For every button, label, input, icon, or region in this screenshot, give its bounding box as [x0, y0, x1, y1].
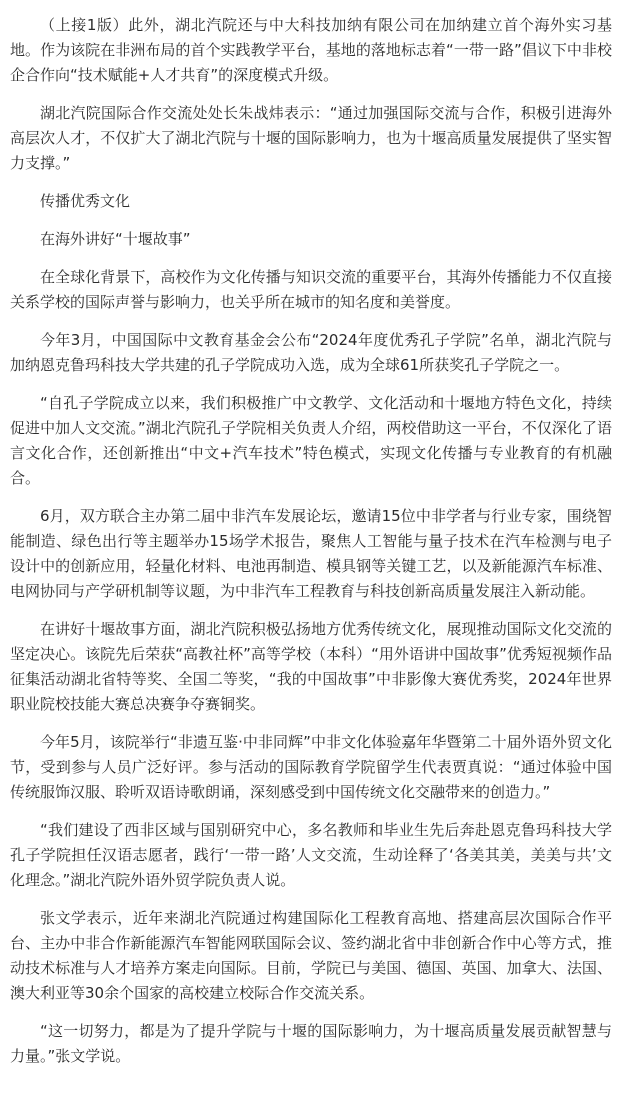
section-subheading-shiyan-story: 在海外讲好“十堰故事”	[10, 227, 612, 252]
article-body: （上接1版）此外，湖北汽院还与中大科技加纳有限公司在加纳建立首个海外实习基地。作…	[0, 0, 621, 1069]
paragraph-zhang-wenxue-statement: 张文学表示，近年来湖北汽院通过构建国际化工程教育高地、搭建高层次国际合作平台、主…	[10, 906, 612, 1006]
paragraph-quote-zhu-zhanwei: 湖北汽院国际合作交流处处长朱战炜表示：“通过加强国际交流与合作，积极引进海外高层…	[10, 101, 612, 176]
paragraph-confucius-institute-award: 今年3月，中国国际中文教育基金会公布“2024年度优秀孔子学院”名单，湖北汽院与…	[10, 328, 612, 378]
paragraph-storytelling-awards: 在讲好十堰故事方面，湖北汽院积极弘扬地方优秀传统文化，展现推动国际文化交流的坚定…	[10, 617, 612, 717]
paragraph-intro-internship-base: （上接1版）此外，湖北汽院还与中大科技加纳有限公司在加纳建立首个海外实习基地。作…	[10, 13, 612, 88]
paragraph-culture-festival: 今年5月，该院举行“非遗互鉴·中非同辉”中非文化体验嘉年华暨第二十届外语外贸文化…	[10, 730, 612, 805]
paragraph-automotive-forum: 6月，双方联合主办第二届中非汽车发展论坛，邀请15位中非学者与行业专家，围绕智能…	[10, 504, 612, 604]
paragraph-confucius-institute-quote: “自孔子学院成立以来，我们积极推广中文教学、文化活动和十堰地方特色文化，持续促进…	[10, 391, 612, 491]
paragraph-globalization-context: 在全球化背景下，高校作为文化传播与知识交流的重要平台，其海外传播能力不仅直接关系…	[10, 265, 612, 315]
paragraph-research-center-quote: “我们建设了西非区域与国别研究中心，多名教师和毕业生先后奔赴恩克鲁玛科技大学孔子…	[10, 818, 612, 893]
section-heading-culture: 传播优秀文化	[10, 189, 612, 214]
paragraph-closing-quote: “这一切努力，都是为了提升学院与十堰的国际影响力，为十堰高质量发展贡献智慧与力量…	[10, 1019, 612, 1069]
